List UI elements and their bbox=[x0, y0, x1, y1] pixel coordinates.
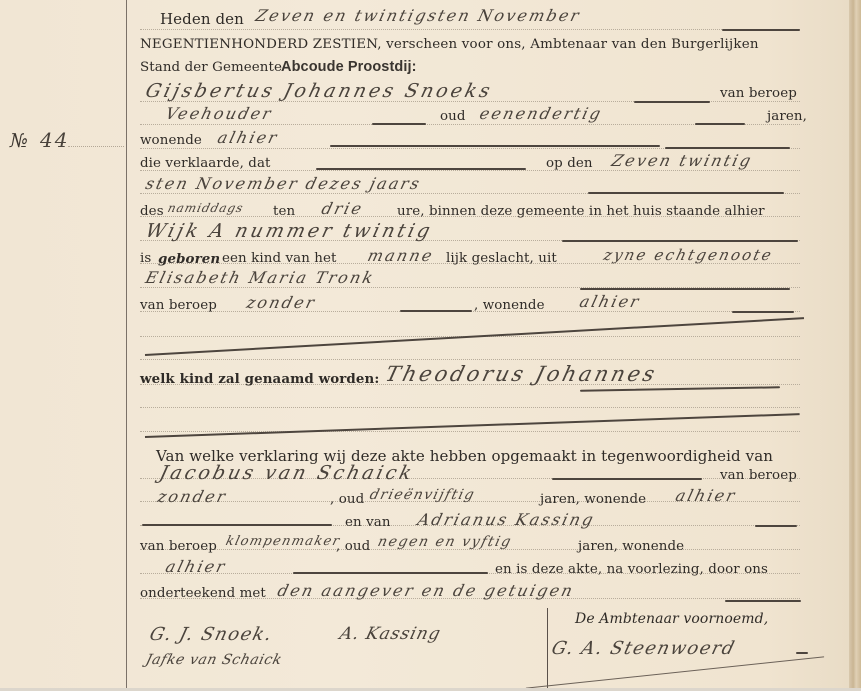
akte-number-value: 44 bbox=[40, 128, 69, 152]
print-des: des bbox=[140, 204, 164, 219]
filler-stroke bbox=[372, 123, 426, 125]
filler-stroke bbox=[562, 240, 798, 242]
filler-stroke bbox=[634, 101, 710, 103]
filler-stroke bbox=[695, 123, 745, 125]
print-jaren-wonende: jaren, wonende bbox=[578, 539, 684, 554]
hw-birth-month-year: sten November dezes jaars bbox=[144, 174, 424, 193]
filler-stroke bbox=[732, 311, 794, 313]
hw-declarant-age: eenendertig bbox=[478, 104, 605, 123]
filler-stroke bbox=[316, 168, 526, 170]
hw-mother-residence: alhier bbox=[578, 292, 643, 311]
hw-declarant-residence: alhier bbox=[216, 128, 281, 147]
signature-witness-1: A. Kassing bbox=[338, 624, 444, 644]
print-stand-der-gemeente: Stand der Gemeente bbox=[140, 60, 282, 75]
hw-declarant-occupation: Veehouder bbox=[164, 104, 275, 123]
print-voorlezing: en is deze akte, na voorlezing, door ons bbox=[495, 562, 768, 577]
print-genaamd: welk kind zal genaamd worden: bbox=[140, 371, 379, 387]
hw-sex: manne bbox=[366, 246, 437, 265]
hw-hour: drie bbox=[320, 199, 366, 218]
guide-rule bbox=[140, 407, 800, 408]
margin-rule bbox=[126, 0, 127, 688]
print-jaren: jaren, bbox=[767, 109, 807, 124]
official-caption: De Ambtenaar voornoemd, bbox=[575, 611, 768, 627]
hw-spouse-label: zyne echtgenoote bbox=[602, 246, 775, 264]
hw-birth-address: Wijk A nummer twintig bbox=[143, 220, 435, 242]
filler-stroke bbox=[725, 600, 801, 602]
filler-stroke bbox=[580, 386, 780, 391]
print-oud: , oud bbox=[336, 539, 370, 554]
filler-stroke bbox=[580, 288, 790, 290]
print-ten: ten bbox=[273, 204, 295, 219]
print-oud: , oud bbox=[330, 492, 364, 507]
print-birth-location-line: ure, binnen deze gemeente in het huis st… bbox=[397, 204, 765, 219]
hw-declarant-name: Gijsbertus Johannes Snoeks bbox=[143, 80, 495, 102]
filler-stroke bbox=[552, 478, 702, 480]
print-een-kind: een kind van het bbox=[222, 251, 337, 266]
print-van-beroep: van beroep bbox=[720, 468, 797, 483]
print-van-beroep: van beroep bbox=[140, 539, 217, 554]
filler-stroke bbox=[755, 525, 797, 527]
hw-date-day: Zeven en twintigsten November bbox=[254, 6, 583, 25]
hw-witness1-residence: alhier bbox=[674, 486, 739, 505]
filler-stroke bbox=[293, 572, 488, 574]
filler-stroke bbox=[665, 147, 790, 149]
hw-child-name: Theodorus Johannes bbox=[383, 362, 660, 386]
print-onderteekend: onderteekend met bbox=[140, 586, 266, 601]
hw-witness2-residence: alhier bbox=[164, 557, 229, 576]
hw-time-of-day: namiddags bbox=[166, 201, 245, 215]
filler-stroke bbox=[722, 29, 800, 31]
akte-number: № 44 bbox=[10, 128, 69, 152]
print-oud: oud bbox=[440, 109, 466, 124]
print-year-line: NEGENTIENHONDERD ZESTIEN, verscheen voor… bbox=[140, 37, 759, 52]
print-jaren-wonende: jaren, wonende bbox=[540, 492, 646, 507]
print-wonende: wonende bbox=[140, 133, 202, 148]
signature-flourish bbox=[526, 656, 824, 688]
print-en-van: en van bbox=[345, 515, 391, 530]
hw-witness1-age: drieënvijftig bbox=[368, 487, 477, 503]
signature-witness-2: Jafke van Schaick bbox=[144, 652, 284, 668]
print-van-beroep: van beroep bbox=[140, 298, 217, 313]
hw-mother-name: Elisabeth Maria Tronk bbox=[144, 268, 377, 287]
hw-witness2-name: Adrianus Kassing bbox=[416, 510, 598, 529]
print-op-den: op den bbox=[546, 156, 593, 171]
print-heden-den: Heden den bbox=[160, 10, 244, 28]
signature-declarant: G. J. Snoek. bbox=[147, 624, 275, 645]
hw-mother-occupation: zonder bbox=[245, 293, 319, 312]
book-binding-edge bbox=[849, 0, 861, 691]
strike-line bbox=[145, 413, 800, 438]
hw-witness2-age: negen en vyftig bbox=[376, 534, 514, 550]
hw-birth-day: Zeven twintig bbox=[610, 151, 755, 170]
hw-witness1-occupation: zonder bbox=[156, 487, 230, 506]
print-is: is bbox=[140, 251, 151, 266]
filler-stroke bbox=[588, 192, 784, 194]
akte-number-underline bbox=[68, 146, 124, 147]
hw-witness1-name: Jacobus van Schaick bbox=[157, 462, 417, 484]
municipality-name: Abcoude Proostdij: bbox=[281, 59, 417, 75]
filler-stroke bbox=[330, 145, 660, 147]
guide-rule bbox=[140, 359, 800, 360]
print-die-verklaarde: die verklaarde, dat bbox=[140, 156, 271, 171]
filler-stroke bbox=[400, 310, 472, 312]
filler-stroke bbox=[142, 524, 332, 526]
print-lijk-geslacht: lijk geslacht, uit bbox=[446, 251, 557, 266]
signature-divider bbox=[547, 608, 548, 688]
signature-official: G. A. Steenwoerd bbox=[549, 638, 737, 659]
hw-signatories: den aangever en de getuigen bbox=[276, 581, 577, 600]
print-geboren: geboren bbox=[158, 251, 220, 267]
hw-witness2-occupation: klompenmaker bbox=[224, 534, 342, 549]
record-page: № 44 Heden den Zeven en twintigsten Nove… bbox=[0, 0, 849, 688]
number-sign: № bbox=[10, 130, 28, 152]
print-wonende: , wonende bbox=[474, 298, 545, 313]
guide-rule bbox=[140, 29, 800, 30]
signature-dash bbox=[796, 652, 808, 654]
print-van-beroep: van beroep bbox=[720, 86, 797, 101]
